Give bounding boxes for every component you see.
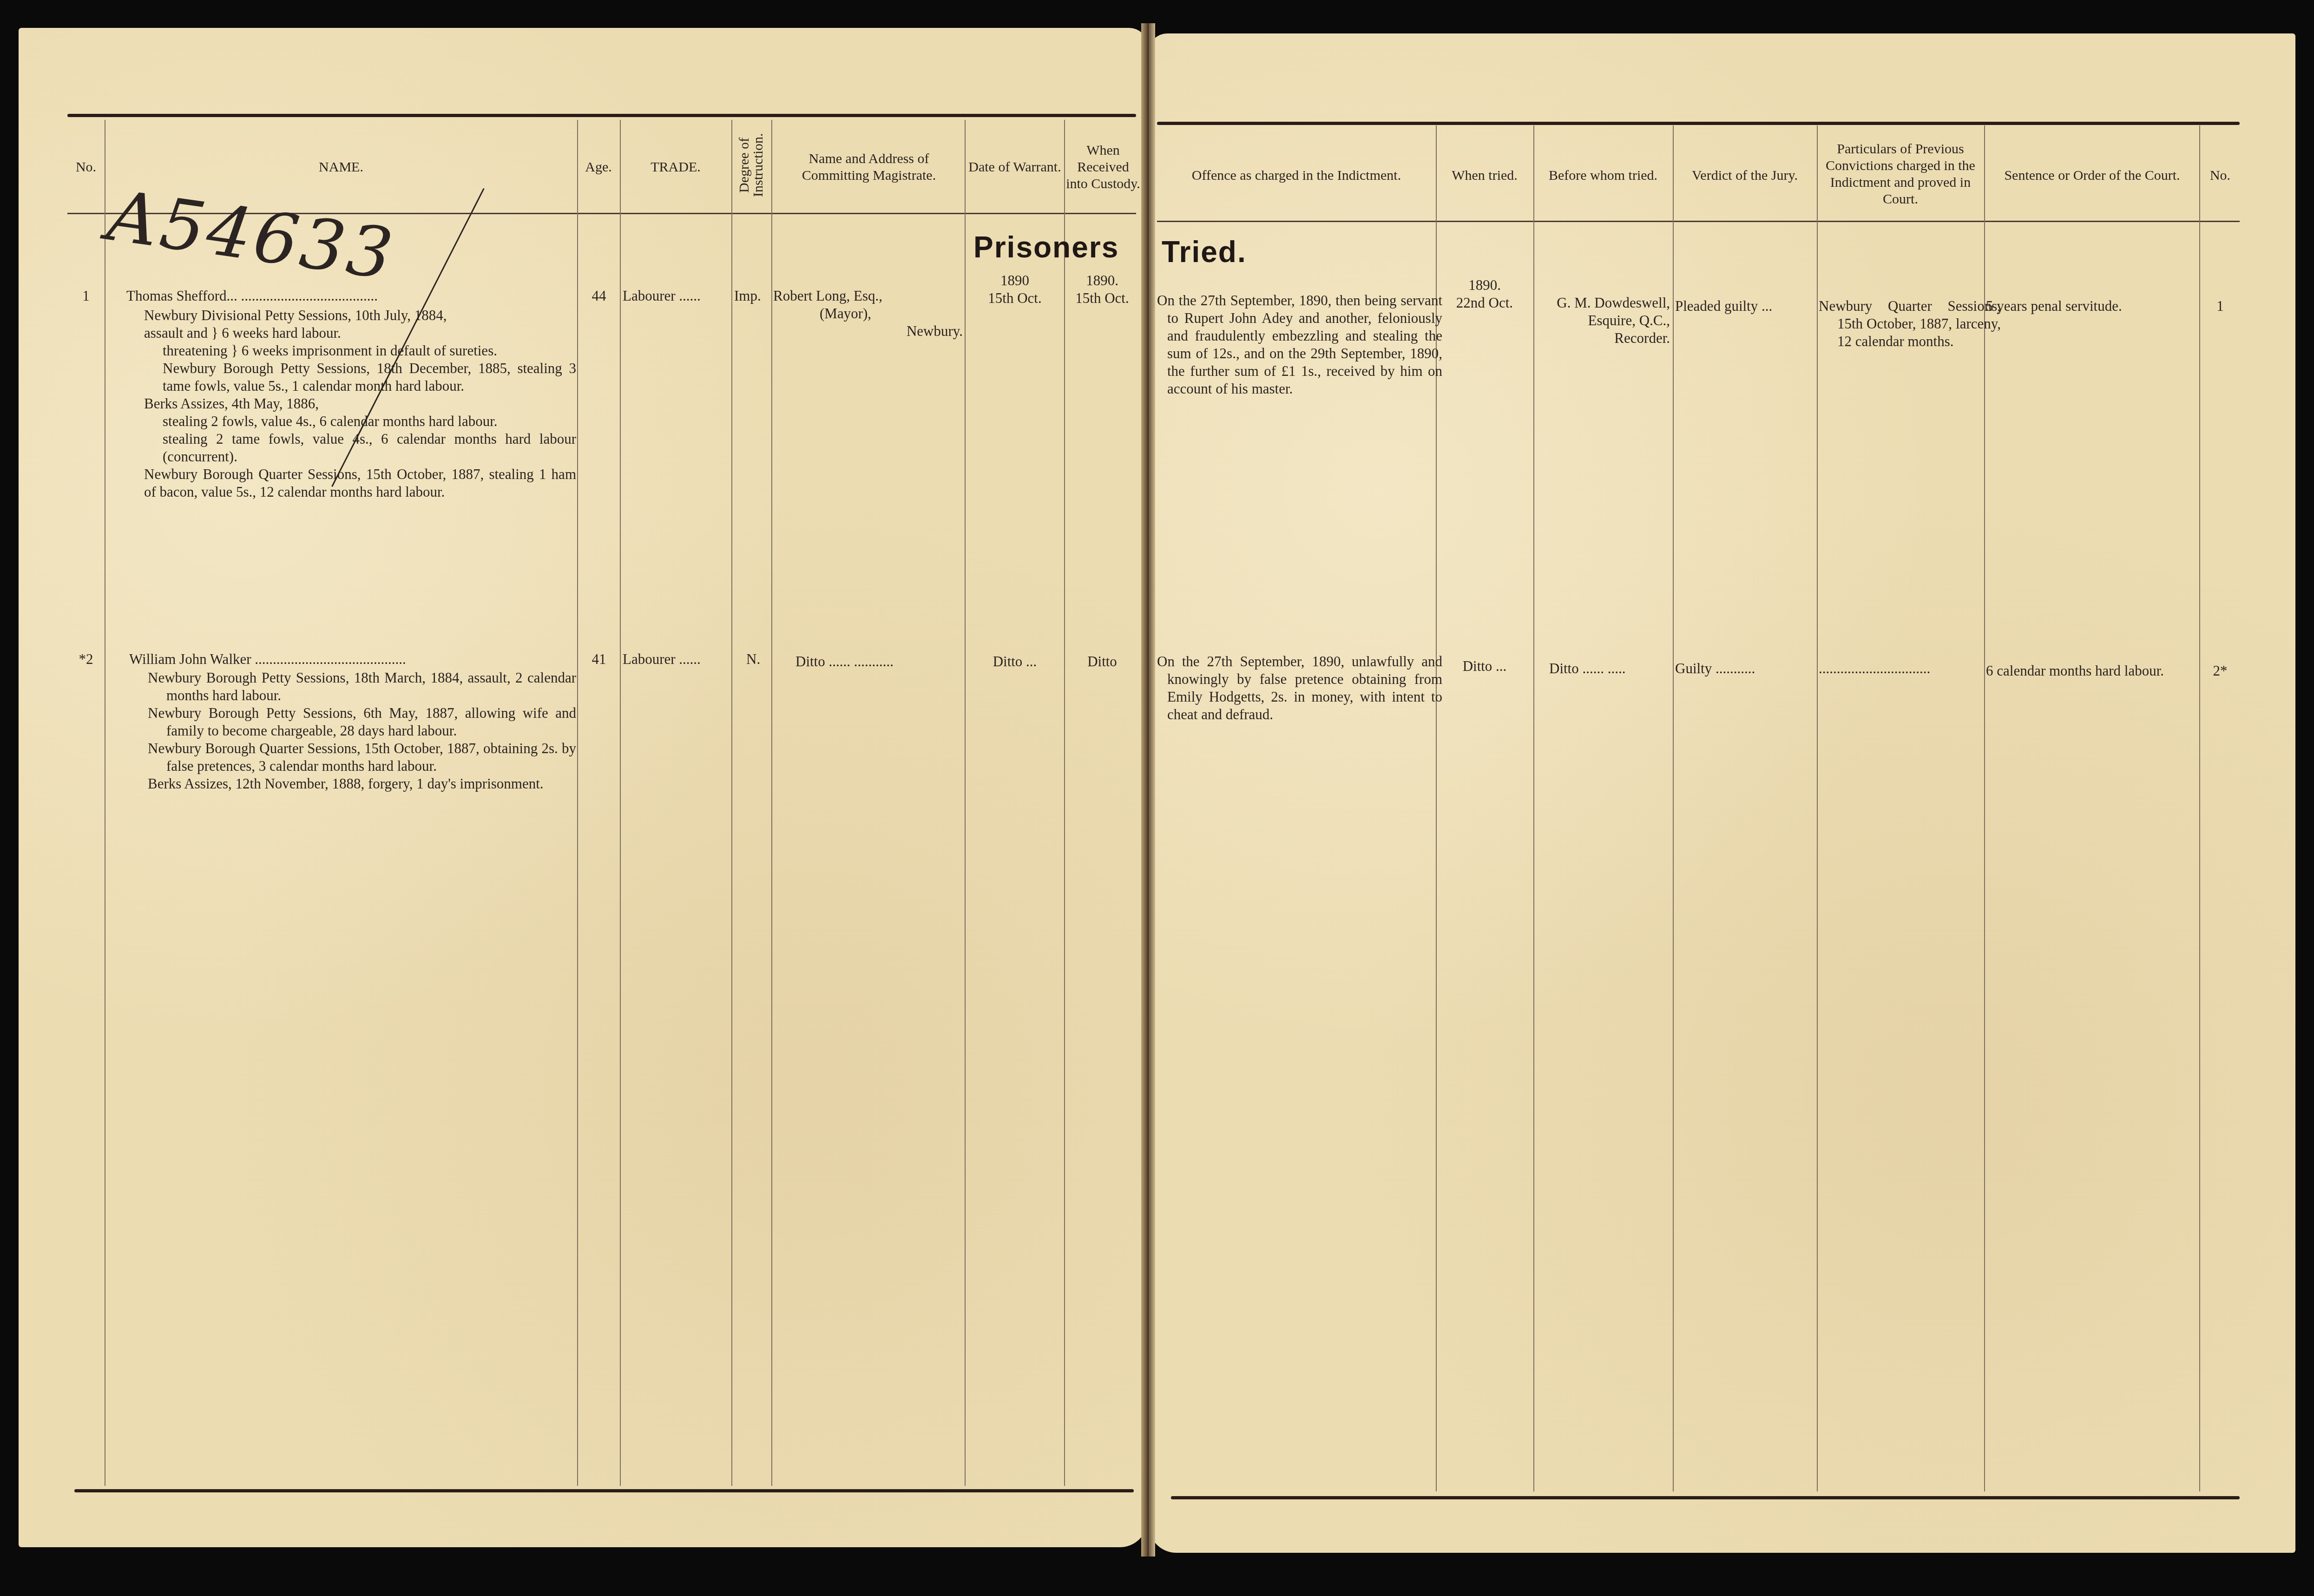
prisoner-number-right: 1 [2202,297,2239,315]
header-no-right: No. [2202,132,2239,218]
judge-line: Recorder. [1534,329,1670,347]
magistrate-line: Robert Long, Esq., [773,287,963,305]
prior-record-item: Newbury Borough Petty Sessions, 6th May,… [148,704,576,740]
prior-record-item: assault and } 6 weeks hard labour. [144,324,576,342]
verdict: Guilty ........... [1675,660,1814,677]
committing-magistrate: Robert Long, Esq., (Mayor), Newbury. [773,287,963,340]
col-line [1673,125,1674,1491]
prior-record-item: Berks Assizes, 12th November, 1888, forg… [148,775,576,793]
warrant-date: Ditto ... [966,653,1063,670]
header-magistrate: Name and Address of Committing Magistrat… [774,125,964,209]
prisoner-age: 41 [579,650,619,668]
custody-date: 1890. 15th Oct. [1065,272,1139,307]
committing-magistrate: Ditto ...... ........... [795,653,963,670]
title-prisoners: Prisoners [973,230,1119,264]
custody-date: Ditto [1065,653,1139,670]
col-line [965,120,966,1486]
prisoner-trade: Labourer ...... [623,287,730,305]
warrant-day: 15th Oct. [966,289,1063,307]
sentence: 5 years penal servitude. [1986,297,2197,315]
magistrate-line: Newbury. [773,322,963,340]
warrant-year: 1890 [966,272,1063,289]
prior-record-item: Newbury Borough Quarter Sessions, 15th O… [144,466,576,501]
when-tried: Ditto ... [1437,657,1532,675]
prisoner-name: Thomas Shefford... .....................… [126,287,572,305]
header-rule-right [1157,221,2240,222]
prisoner-name: William John Walker ....................… [129,650,573,668]
when-tried: 1890. 22nd Oct. [1437,276,1532,312]
title-tried: Tried. [1162,235,1247,269]
col-line [2199,125,2200,1491]
bottom-rule-right [1171,1496,2240,1499]
prior-record-item: threatening } 6 weeks imprisonment in de… [144,342,576,360]
previous-convictions: ............................... [1819,660,1982,677]
prisoner-trade: Labourer ...... [623,650,730,668]
verdict: Pleaded guilty ... [1675,297,1814,315]
prior-record-item: Berks Assizes, 4th May, 1886, [144,395,576,413]
top-rule-left [67,114,1136,117]
sentence: 6 calendar months hard labour. [1986,662,2216,680]
prior-record-list: Newbury Borough Petty Sessions, 18th Mar… [148,669,576,793]
prior-record-item: stealing 2 tame fowls, value 4s., 6 cale… [144,430,576,466]
col-line [105,120,105,1486]
prisoner-number-right: 2* [2202,662,2239,680]
before-whom: Ditto ...... ..... [1549,660,1671,677]
header-offence: Offence as charged in the Indictment. [1162,132,1431,218]
header-trade: TRADE. [621,125,730,209]
right-page [1149,33,2295,1553]
custody-year: 1890. [1065,272,1139,289]
prisoner-number: 1 [70,287,102,305]
header-sentence: Sentence or Order of the Court. [1986,132,2198,218]
tried-day: 22nd Oct. [1437,294,1532,312]
before-whom: G. M. Dowdeswell, Esquire, Q.C., Recorde… [1534,294,1670,347]
header-no-left: No. [67,125,105,209]
prisoner-degree: N. [746,650,771,668]
col-line [771,120,772,1486]
header-warrant: Date of Warrant. [966,125,1063,209]
header-when-tried: When tried. [1437,132,1532,218]
header-previous: Particulars of Previous Convictions char… [1819,128,1982,221]
col-line [577,120,578,1486]
col-line [1817,125,1818,1491]
prior-record-item: Newbury Borough Quarter Sessions, 15th O… [148,740,576,775]
bottom-rule-left [74,1489,1134,1492]
header-age: Age. [578,125,619,209]
custody-day: 15th Oct. [1065,289,1139,307]
header-degree: Degree of Instruction. [732,121,770,209]
col-line [1064,120,1065,1486]
prior-record-item: Newbury Divisional Petty Sessions, 10th … [144,307,576,324]
header-before-whom: Before whom tried. [1538,132,1668,218]
previous-convictions: Newbury Quarter Sessions, 15th October, … [1819,297,2001,350]
prisoner-degree: Imp. [734,287,771,305]
prior-record-item: Newbury Borough Petty Sessions, 18th Mar… [148,669,576,704]
prisoner-number: *2 [70,650,102,668]
col-line [620,120,621,1486]
book-gutter [1141,23,1155,1557]
prior-record-list: Newbury Divisional Petty Sessions, 10th … [144,307,576,501]
header-verdict: Verdict of the Jury. [1677,132,1812,218]
prior-record-item: stealing 2 fowls, value 4s., 6 calendar … [144,413,576,430]
judge-line: G. M. Dowdeswell, [1534,294,1670,312]
header-custody: When Received into Custody. [1066,125,1140,209]
prior-record-item: Newbury Borough Petty Sessions, 18th Dec… [144,360,576,395]
judge-line: Esquire, Q.C., [1534,312,1670,329]
prisoner-age: 44 [579,287,619,305]
top-rule-right [1157,122,2240,125]
magistrate-line: (Mayor), [773,305,963,322]
tried-year: 1890. [1437,276,1532,294]
warrant-date: 1890 15th Oct. [966,272,1063,307]
offence-text: On the 27th September, 1890, unlawfully … [1157,653,1442,723]
offence-text: On the 27th September, 1890, then being … [1157,292,1442,398]
col-line [731,120,732,1486]
